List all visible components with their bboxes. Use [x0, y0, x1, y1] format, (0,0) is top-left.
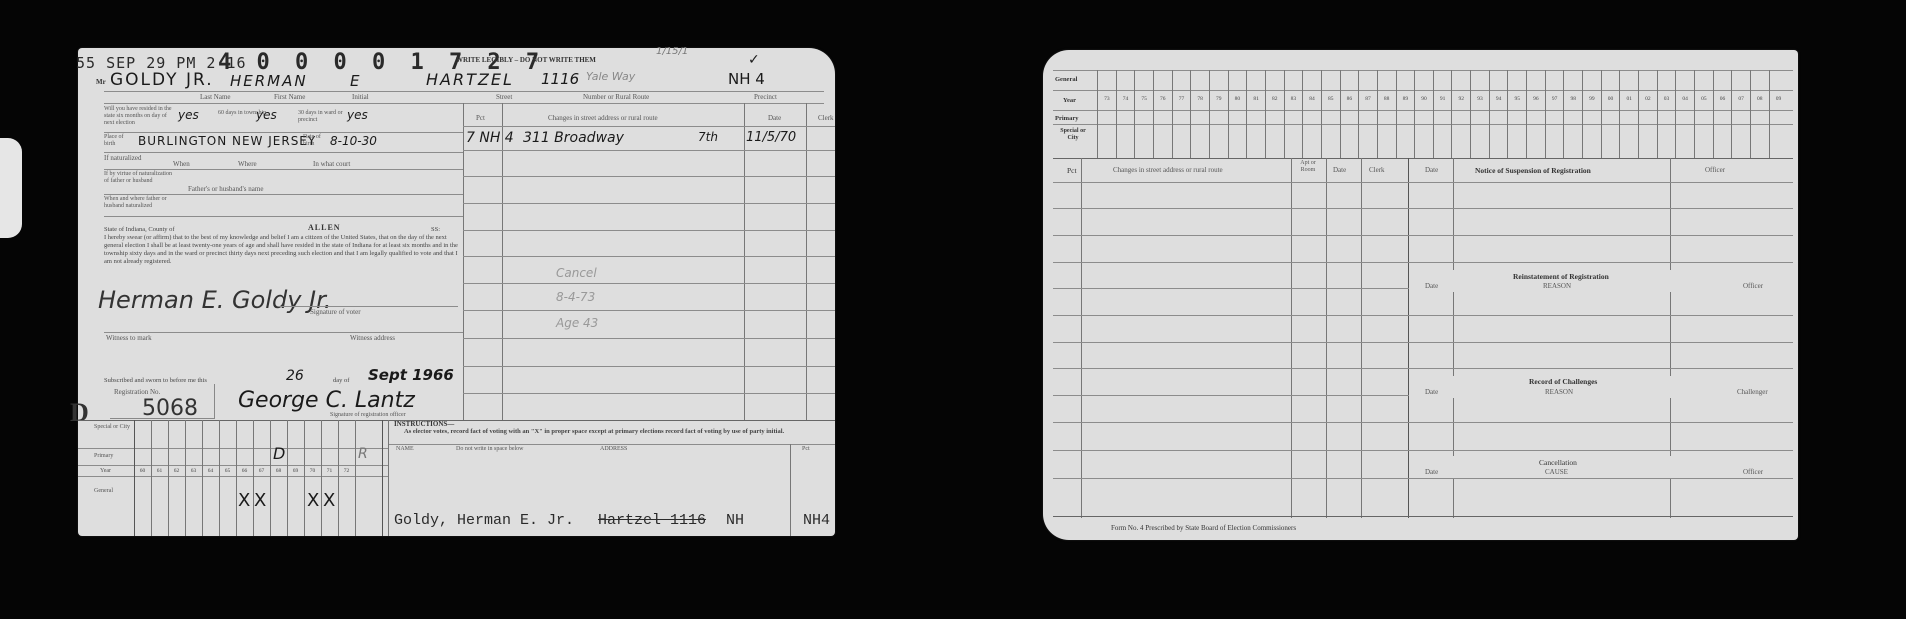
reinstatement-date: Date — [1425, 282, 1438, 290]
challenges-title: Record of Challenges — [1529, 377, 1597, 386]
reinstatement-officer: Officer — [1743, 282, 1763, 290]
witness-mark-label: Witness to mark — [106, 334, 152, 342]
row-label-primary: Primary — [94, 453, 113, 459]
year-label: 86 — [1341, 96, 1359, 102]
year-column: 05 — [1694, 70, 1713, 158]
year-column: 01 — [1619, 70, 1638, 158]
clerk-header: Clerk — [818, 114, 834, 122]
oath-ss: SS: — [431, 226, 440, 234]
year-column: 80 — [1228, 70, 1247, 158]
precinct-value: NH 4 — [728, 70, 765, 88]
date-header: Date — [768, 114, 781, 122]
cancellation-title: Cancellation — [1539, 458, 1577, 467]
year-63: 63 — [185, 468, 202, 474]
year-label: 05 — [1695, 96, 1713, 102]
year-column: 73 — [1097, 70, 1116, 158]
changes-header: Changes in street address or rural route — [548, 114, 658, 122]
court-label: In what court — [313, 160, 350, 168]
year-column: 95 — [1507, 70, 1526, 158]
year-column: 78 — [1190, 70, 1209, 158]
date-of-birth-value: 8-10-30 — [330, 134, 377, 148]
oath-county-value: ALLEN — [308, 223, 341, 232]
year-69: 69 — [287, 468, 304, 474]
by-virtue-label: If by virtue of naturalization of father… — [104, 171, 174, 185]
year-60: 60 — [134, 468, 151, 474]
year-64: 64 — [202, 468, 219, 474]
year-column: 75 — [1134, 70, 1153, 158]
year-label: 87 — [1359, 96, 1377, 102]
witness-address-label: Witness address — [350, 334, 395, 342]
registration-no-value: 5068 — [142, 396, 198, 421]
year-column: 02 — [1638, 70, 1657, 158]
vote-history-grid: Special or City Primary Year General 60 … — [78, 420, 388, 536]
year-65: 65 — [219, 468, 236, 474]
apt-header: Apt or Room — [1296, 160, 1320, 174]
faint-note-age: Age 43 — [556, 316, 598, 330]
day-of-label: day of — [333, 377, 349, 385]
year-label: 07 — [1732, 96, 1750, 102]
year-column: 82 — [1265, 70, 1284, 158]
suspension-officer-header: Officer — [1705, 166, 1725, 174]
clerk-header: Clerk — [1369, 166, 1385, 174]
year-column: 99 — [1582, 70, 1601, 158]
cancellation-officer: Officer — [1743, 468, 1763, 476]
year-label: 74 — [1117, 96, 1135, 102]
subscribed-day: 26 — [286, 368, 304, 384]
reinstatement-title: Reinstatement of Registration — [1513, 272, 1609, 281]
year-label: 88 — [1378, 96, 1396, 102]
vote-mark-67: X — [254, 490, 266, 511]
year-column: 79 — [1209, 70, 1228, 158]
registration-card-front: 55 SEP 29 PM 2 16 4 0 0 0 0 1 7 2 7 WRIT… — [78, 48, 835, 536]
row-special: Special or City — [1055, 128, 1091, 142]
header-instruction: WRITE LEGIBLY – DO NOT WRITE THEM — [456, 56, 596, 64]
resided-township-value: yes — [256, 108, 277, 122]
father-naturalized-label: When and where father or husband natural… — [104, 196, 174, 210]
index-pct-value: NH4 — [803, 512, 830, 529]
change-pct: 7 NH 4 — [466, 130, 514, 146]
year-label: 93 — [1471, 96, 1489, 102]
change-note: 7th — [698, 130, 718, 144]
year-column: 98 — [1563, 70, 1582, 158]
year-column: 03 — [1657, 70, 1676, 158]
initial-label: Initial — [352, 93, 369, 101]
year-label: 96 — [1527, 96, 1545, 102]
year-68: 68 — [270, 468, 287, 474]
year-column: 00 — [1601, 70, 1620, 158]
year-column: 86 — [1340, 70, 1359, 158]
year-column: 90 — [1414, 70, 1433, 158]
year-label: 80 — [1229, 96, 1247, 102]
officer-signature-label: Signature of registration officer — [330, 412, 406, 418]
change-address: 311 Broadway — [523, 130, 624, 146]
challenges-reason: REASON — [1545, 388, 1573, 396]
reinstatement-reason: REASON — [1543, 282, 1571, 290]
last-name-value: GOLDY JR. — [110, 70, 214, 90]
first-name-label: First Name — [274, 93, 305, 101]
year-label: 89 — [1397, 96, 1415, 102]
year-label: 90 — [1415, 96, 1433, 102]
subscribed-month-year: Sept 1966 — [368, 366, 454, 384]
year-column: 93 — [1470, 70, 1489, 158]
form-footer: Form No. 4 Prescribed by State Board of … — [1111, 524, 1296, 532]
registration-card-back: General Year Primary Special or City 737… — [1043, 50, 1798, 540]
top-right-mark: 1/15/1 — [656, 46, 688, 57]
year-71: 71 — [321, 468, 338, 474]
year-label: 85 — [1322, 96, 1340, 102]
initial-value: E — [350, 72, 359, 90]
number-label: Number or Rural Route — [583, 93, 649, 101]
street-value: HARTZEL — [426, 70, 514, 89]
year-label: 83 — [1285, 96, 1303, 102]
year-column: 91 — [1433, 70, 1452, 158]
resided-ward-label: 30 days in ward or precinct — [298, 110, 348, 124]
year-column: 89 — [1396, 70, 1415, 158]
year-label: 81 — [1247, 96, 1265, 102]
year-label: 79 — [1210, 96, 1228, 102]
cancellation-cause: CAUSE — [1545, 468, 1568, 476]
year-61: 61 — [151, 468, 168, 474]
challenges-challenger: Challenger — [1737, 388, 1768, 396]
year-column: 09 — [1769, 70, 1788, 158]
precinct-label: Precinct — [754, 93, 777, 101]
year-column: 81 — [1246, 70, 1265, 158]
vote-mark-71: X — [323, 490, 335, 511]
year-column: 07 — [1731, 70, 1750, 158]
year-label: 02 — [1639, 96, 1657, 102]
resided-state-value: yes — [178, 108, 199, 122]
year-label: 75 — [1135, 96, 1153, 102]
year-label: 99 — [1583, 96, 1601, 102]
year-column: 96 — [1526, 70, 1545, 158]
row-year: Year — [1063, 97, 1076, 104]
year-label: 98 — [1564, 96, 1582, 102]
vote-history-grid-back: General Year Primary Special or City 737… — [1053, 70, 1793, 165]
row-label-special: Special or City — [94, 424, 130, 431]
year-column: 77 — [1172, 70, 1191, 158]
last-name-label: Last Name — [200, 93, 231, 101]
primary-mark-72: R — [358, 446, 368, 462]
year-label: 06 — [1714, 96, 1732, 102]
instructions-text: As elector votes, record fact of voting … — [404, 428, 824, 436]
film-edge-mark — [0, 138, 22, 238]
change-date: 11/5/70 — [746, 130, 796, 145]
instructions-title: INSTRUCTIONS— — [394, 420, 454, 428]
year-column: 88 — [1377, 70, 1396, 158]
year-label: 97 — [1546, 96, 1564, 102]
row-label-year: Year — [100, 468, 111, 474]
year-column: 06 — [1713, 70, 1732, 158]
faint-note-cancel: Cancel — [556, 266, 597, 280]
row-label-general: General — [94, 488, 113, 494]
year-column: 94 — [1489, 70, 1508, 158]
year-label: 77 — [1173, 96, 1191, 102]
year-label: 76 — [1154, 96, 1172, 102]
year-label: 00 — [1602, 96, 1620, 102]
year-columns: 7374757677787980818283848586878889909192… — [1097, 70, 1787, 158]
number-value: 1116 — [541, 70, 579, 88]
year-label: 95 — [1508, 96, 1526, 102]
father-name-label: Father's or husband's name — [188, 185, 263, 193]
row-primary: Primary — [1055, 115, 1078, 122]
number-note: Yale Way — [586, 70, 635, 83]
year-column: 97 — [1545, 70, 1564, 158]
index-address-value: NH — [726, 512, 744, 529]
cancellation-date: Date — [1425, 468, 1438, 476]
challenges-date: Date — [1425, 388, 1438, 396]
year-label: 78 — [1191, 96, 1209, 102]
index-name-value: Goldy, Herman E. Jr. — [394, 512, 574, 529]
oath-text: I hereby swear (or affirm) that to the b… — [104, 234, 459, 266]
row-general: General — [1055, 76, 1077, 83]
officer-signature: George C. Lantz — [238, 388, 415, 413]
index-name-label: NAME — [396, 446, 414, 452]
prefix-label: Mr — [96, 78, 106, 86]
place-of-birth-label: Place of birth — [104, 134, 130, 148]
where-label: Where — [238, 160, 257, 168]
year-62: 62 — [168, 468, 185, 474]
index-note: Do not write in space below — [456, 446, 523, 452]
index-address-struck: Hartzel 1116 — [598, 512, 706, 529]
year-column: 08 — [1750, 70, 1769, 158]
year-67: 67 — [253, 468, 270, 474]
check-mark-icon: ✓ — [748, 52, 760, 68]
pct-header: Pct — [1067, 166, 1077, 175]
changes-header: Changes in street address or rural route — [1113, 166, 1223, 174]
year-label: 82 — [1266, 96, 1284, 102]
suspension-title: Notice of Suspension of Registration — [1475, 166, 1591, 175]
vote-mark-66: X — [238, 490, 250, 511]
year-72: 72 — [338, 468, 355, 474]
primary-mark-68: D — [273, 444, 285, 463]
year-label: 94 — [1490, 96, 1508, 102]
year-label: 08 — [1751, 96, 1769, 102]
year-label: 73 — [1098, 96, 1116, 102]
year-column: 74 — [1116, 70, 1135, 158]
year-column: 84 — [1302, 70, 1321, 158]
vote-mark-70: X — [307, 490, 319, 511]
date-of-birth-label: Date of birth — [303, 134, 329, 148]
year-label: 03 — [1658, 96, 1676, 102]
when-label: When — [173, 160, 190, 168]
date-header: Date — [1333, 166, 1346, 174]
year-column: 83 — [1284, 70, 1303, 158]
pct-header: Pct — [476, 114, 485, 122]
year-label: 84 — [1303, 96, 1321, 102]
suspension-date-header: Date — [1425, 166, 1438, 174]
year-66: 66 — [236, 468, 253, 474]
faint-note-date: 8-4-73 — [556, 290, 595, 304]
year-column: 87 — [1358, 70, 1377, 158]
year-label: 09 — [1770, 96, 1788, 102]
place-of-birth-value: BURLINGTON NEW JERSEY — [138, 134, 316, 148]
year-70: 70 — [304, 468, 321, 474]
index-address-label: ADDRESS — [600, 446, 627, 452]
index-pct-label: Pct — [802, 446, 810, 452]
year-label: 01 — [1620, 96, 1638, 102]
street-label: Street — [496, 93, 512, 101]
first-name-value: HERMAN — [230, 72, 308, 90]
year-label: 92 — [1452, 96, 1470, 102]
signature-voter-label: Signature of voter — [310, 308, 361, 316]
year-label: 91 — [1434, 96, 1452, 102]
resided-state-label: Will you have resided in the state six m… — [104, 106, 176, 127]
naturalized-label: If naturalized — [104, 154, 142, 162]
year-column: 85 — [1321, 70, 1340, 158]
year-column: 76 — [1153, 70, 1172, 158]
year-column: 04 — [1675, 70, 1694, 158]
year-column: 92 — [1451, 70, 1470, 158]
oath-state-label: State of Indiana, County of — [104, 226, 175, 234]
voter-signature: Herman E. Goldy Jr. — [98, 286, 331, 314]
year-label: 04 — [1676, 96, 1694, 102]
resided-ward-value: yes — [347, 108, 368, 122]
